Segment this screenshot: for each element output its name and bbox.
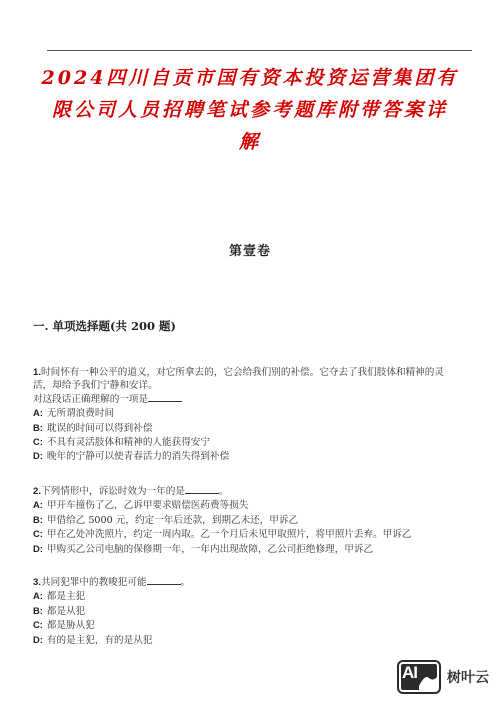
option-c: C:都是胁从犯 <box>33 618 473 632</box>
option-label: D: <box>33 450 43 461</box>
prompt-suffix: 。 <box>219 486 229 497</box>
option-text: 晚年的宁静可以使青春活力的消失得到补偿 <box>47 451 229 462</box>
answer-blank <box>148 393 182 402</box>
option-text: 无所谓浪费时间 <box>47 408 114 419</box>
prompt-text: 共同犯罪中的教唆犯可能 <box>41 577 147 588</box>
option-label: C: <box>33 528 43 539</box>
option-label: A: <box>33 590 43 601</box>
option-c: C:不具有灵活肢体和精神的人能获得安宁 <box>33 435 473 449</box>
option-text: 都是胁从犯 <box>47 620 95 631</box>
question-number: 3. <box>33 577 41 588</box>
option-label: C: <box>33 436 43 447</box>
option-c: C:甲在乙处冲洗照片，约定一周内取。乙一个月后未见甲取照片，将甲照片丢弃。甲诉乙 <box>33 527 473 541</box>
question-prompt: 2.下列情形中，诉讼时效为一年的是。 <box>33 485 473 498</box>
option-label: A: <box>33 407 43 418</box>
prompt-text: 对这段话正确理解的一项是 <box>33 394 148 405</box>
question-prompt: 3.共同犯罪中的教唆犯可能。 <box>33 576 473 589</box>
question-number: 1. <box>33 367 41 378</box>
document-title: 2024四川自贡市国有资本投资运营集团有 限公司人员招聘笔试参考题库附带答案详 … <box>30 62 470 158</box>
option-text: 甲在乙处冲洗照片，约定一周内取。乙一个月后未见甲取照片，将甲照片丢弃。甲诉乙 <box>47 529 412 540</box>
watermark-brand: 树叶云 <box>447 667 489 687</box>
question-2: 2.下列情形中，诉讼时效为一年的是。 A:甲开车撞伤了乙，乙诉甲要求赔偿医药费等… <box>33 485 473 556</box>
option-text: 耽误的时间可以得到补偿 <box>47 423 153 434</box>
option-label: B: <box>33 605 43 616</box>
option-text: 甲购买乙公司电脑的保修期一年，一年内出现故障，乙公司拒绝修理，甲诉乙 <box>47 544 373 555</box>
option-d: D:晚年的宁静可以使青春活力的消失得到补偿 <box>33 449 473 463</box>
stem-line-2: 活，却给予我们宁静和安详。 <box>33 379 473 392</box>
option-label: C: <box>33 619 43 630</box>
question-prompt: 对这段话正确理解的一项是 <box>33 393 473 406</box>
ai-icon-text: AI <box>402 663 417 683</box>
question-number: 2. <box>33 486 41 497</box>
option-b: B:都是从犯 <box>33 604 473 618</box>
option-label: B: <box>33 514 43 525</box>
option-b: B:耽误的时间可以得到补偿 <box>33 421 473 435</box>
title-line-3: 解 <box>30 126 470 158</box>
title-line-2: 限公司人员招聘笔试参考题库附带答案详 <box>30 94 470 126</box>
question-1: 1.时间怀有一种公平的道义，对它所拿去的，它会给我们别的补偿。它夺去了我们肢体和… <box>33 366 473 464</box>
option-text: 甲借给乙 5000 元，约定一年后还款，到期乙未还，甲诉乙 <box>47 515 298 526</box>
volume-heading: 第壹卷 <box>0 240 500 259</box>
option-text: 甲开车撞伤了乙，乙诉甲要求赔偿医药费等损失 <box>47 500 248 511</box>
option-text: 都是主犯 <box>47 591 85 602</box>
prompt-text: 下列情形中，诉讼时效为一年的是 <box>41 486 185 497</box>
question-3: 3.共同犯罪中的教唆犯可能。 A:都是主犯 B:都是从犯 C:都是胁从犯 D:有… <box>33 576 473 647</box>
option-b: B:甲借给乙 5000 元，约定一年后还款，到期乙未还，甲诉乙 <box>33 513 473 527</box>
answer-blank <box>147 576 181 585</box>
option-text: 都是从犯 <box>47 606 85 617</box>
option-a: A:都是主犯 <box>33 589 473 603</box>
option-d: D:甲购买乙公司电脑的保修期一年，一年内出现故障，乙公司拒绝修理，甲诉乙 <box>33 542 473 556</box>
stem-line-1: 时间怀有一种公平的道义，对它所拿去的，它会给我们别的补偿。它夺去了我们肢体和精神… <box>41 367 444 378</box>
option-a: A:无所谓浪费时间 <box>33 406 473 420</box>
option-label: D: <box>33 634 43 645</box>
ai-image-icon: AI <box>397 660 441 694</box>
option-d: D:有的是主犯，有的是从犯 <box>33 633 473 647</box>
header-rule <box>47 50 472 51</box>
option-text: 不具有灵活肢体和精神的人能获得安宁 <box>47 437 210 448</box>
section-heading: 一. 单项选择题(共 200 题) <box>33 318 176 334</box>
option-label: A: <box>33 499 43 510</box>
watermark: AI 树叶云 <box>397 660 489 694</box>
answer-blank <box>185 485 219 494</box>
option-a: A:甲开车撞伤了乙，乙诉甲要求赔偿医药费等损失 <box>33 498 473 512</box>
option-text: 有的是主犯，有的是从犯 <box>47 635 153 646</box>
prompt-suffix: 。 <box>181 577 191 588</box>
option-label: D: <box>33 543 43 554</box>
option-label: B: <box>33 422 43 433</box>
question-stem: 1.时间怀有一种公平的道义，对它所拿去的，它会给我们别的补偿。它夺去了我们肢体和… <box>33 366 473 379</box>
title-line-1: 2024四川自贡市国有资本投资运营集团有 <box>30 62 470 94</box>
